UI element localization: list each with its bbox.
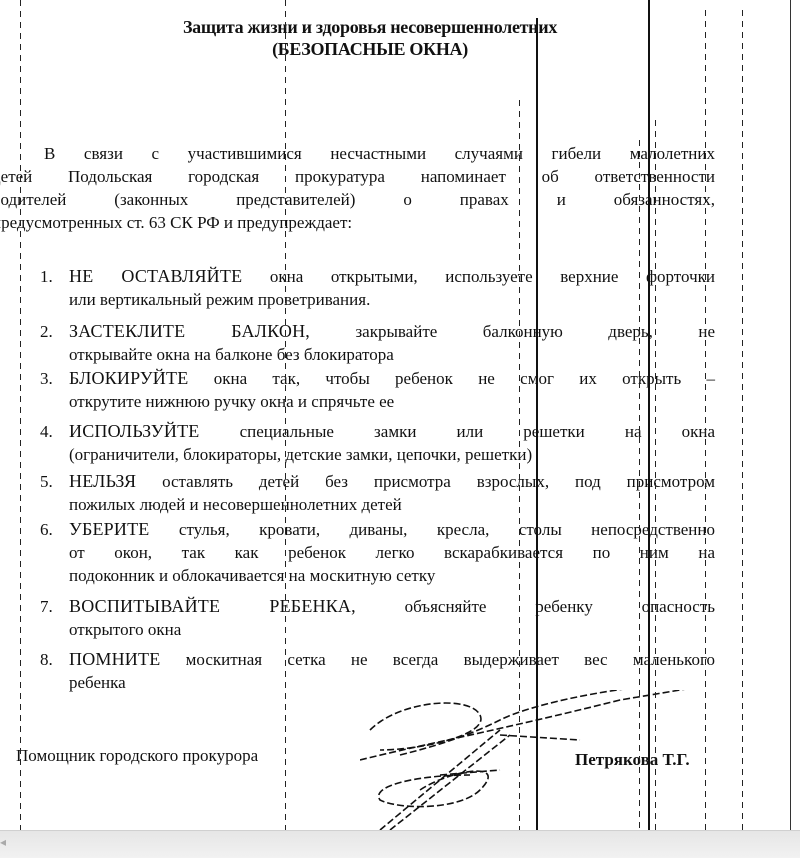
rule-item: 4.ИСПОЛЬЗУЙТЕ специальные замки или реше… [40,420,715,466]
rule-text: ПОМНИТЕ москитная сетка не всегда выдерж… [69,648,715,694]
rule-line: (ограничители, блокираторы, детские замк… [69,443,715,466]
scan-artifact-line [655,120,656,830]
rule-number: 8. [40,648,66,671]
document-subtitle: (БЕЗОПАСНЫЕ ОКНА) [0,38,740,60]
rule-number: 5. [40,470,66,493]
rule-text: УБЕРИТЕ стулья, кровати, диваны, кресла,… [69,518,715,587]
rule-number: 1. [40,265,66,288]
rule-line: УБЕРИТЕ стулья, кровати, диваны, кресла,… [69,518,715,541]
rule-number: 4. [40,420,66,443]
scroll-left-icon[interactable]: ◂ [0,835,6,849]
rule-text: БЛОКИРУЙТЕ окна так, чтобы ребенок не см… [69,367,715,413]
rule-item: 1.НЕ ОСТАВЛЯЙТЕ окна открытыми, использу… [40,265,715,311]
document-title: Защита жизни и здоровья несовершеннолетн… [0,16,740,38]
rule-line: НЕ ОСТАВЛЯЙТЕ окна открытыми, использует… [69,265,715,288]
rule-line-text: стулья, кровати, диваны, кресла, столы н… [179,520,715,539]
rule-line: ИСПОЛЬЗУЙТЕ специальные замки или решетк… [69,420,715,443]
rule-item: 8.ПОМНИТЕ москитная сетка не всегда выде… [40,648,715,694]
rule-line: БЛОКИРУЙТЕ окна так, чтобы ребенок не см… [69,367,715,390]
intro-paragraph: В связи с участившимися несчастными случ… [18,142,715,234]
rule-item: 2.ЗАСТЕКЛИТЕ БАЛКОН, закрывайте балконну… [40,320,715,366]
signer-position: Помощник городского прокурора [16,746,258,766]
scan-artifact-line [648,0,650,832]
rule-keyword: НЕЛЬЗЯ [69,471,136,491]
rule-number: 2. [40,320,66,343]
scan-artifact-line [20,0,21,830]
scan-artifact-line [705,10,706,830]
rule-item: 7.ВОСПИТЫВАЙТЕ РЕБЕНКА, объясняйте ребен… [40,595,715,641]
rule-item: 3.БЛОКИРУЙТЕ окна так, чтобы ребенок не … [40,367,715,413]
rule-item: 5.НЕЛЬЗЯ оставлять детей без присмотра в… [40,470,715,516]
rule-number: 7. [40,595,66,618]
rule-item: 6.УБЕРИТЕ стулья, кровати, диваны, кресл… [40,518,715,587]
intro-line: предусмотренных ст. 63 СК РФ и предупреж… [18,211,715,234]
rule-line-text: оставлять детей без присмотра взрослых, … [162,472,715,491]
scan-artifact-line [285,0,286,830]
document-page: Защита жизни и здоровья несовершеннолетн… [0,0,791,832]
rule-text: НЕЛЬЗЯ оставлять детей без присмотра взр… [69,470,715,516]
rule-text: НЕ ОСТАВЛЯЙТЕ окна открытыми, использует… [69,265,715,311]
rule-number: 6. [40,518,66,541]
scan-artifact-line [742,10,743,830]
scan-artifact-line [519,100,520,830]
rule-keyword: ИСПОЛЬЗУЙТЕ [69,421,199,441]
intro-line: В связи с участившимися несчастными случ… [18,142,715,165]
rule-line-text: объясняйте ребенку опасность [405,597,715,616]
intro-line: детей Подольская городская прокуратура н… [18,165,715,188]
rule-keyword: БЛОКИРУЙТЕ [69,368,188,388]
signer-name: Петрякова Т.Г. [575,750,690,770]
scan-artifact-line [639,140,640,830]
horizontal-scrollbar[interactable]: ◂ [0,830,800,858]
rule-line: подоконник и облокачивается на москитную… [69,564,715,587]
rule-keyword: ВОСПИТЫВАЙТЕ РЕБЕНКА, [69,596,356,616]
rule-keyword: ПОМНИТЕ [69,649,160,669]
rule-line: открытого окна [69,618,715,641]
rule-line: ЗАСТЕКЛИТЕ БАЛКОН, закрывайте балконную … [69,320,715,343]
rule-keyword: НЕ ОСТАВЛЯЙТЕ [69,266,242,286]
intro-line: родителей (законных представителей) о пр… [18,188,715,211]
rule-keyword: УБЕРИТЕ [69,519,149,539]
rule-line: или вертикальный режим проветривания. [69,288,715,311]
rule-number: 3. [40,367,66,390]
rule-line: НЕЛЬЗЯ оставлять детей без присмотра взр… [69,470,715,493]
rule-line: от окон, так как ребенок легко вскарабки… [69,541,715,564]
rule-line: ПОМНИТЕ москитная сетка не всегда выдерж… [69,648,715,671]
rule-text: ВОСПИТЫВАЙТЕ РЕБЕНКА, объясняйте ребенку… [69,595,715,641]
rule-line-text: москитная сетка не всегда выдерживает ве… [186,650,715,669]
rule-text: ИСПОЛЬЗУЙТЕ специальные замки или решетк… [69,420,715,466]
rule-line: открывайте окна на балконе без блокирато… [69,343,715,366]
rule-line-text: специальные замки или решетки на окна [240,422,715,441]
rule-keyword: ЗАСТЕКЛИТЕ БАЛКОН, [69,321,310,341]
rule-line: пожилых людей и несовершеннолетних детей [69,493,715,516]
rule-line: ВОСПИТЫВАЙТЕ РЕБЕНКА, объясняйте ребенку… [69,595,715,618]
rule-line: открутите нижнюю ручку окна и спрячьте е… [69,390,715,413]
rule-text: ЗАСТЕКЛИТЕ БАЛКОН, закрывайте балконную … [69,320,715,366]
scan-artifact-line [536,18,538,833]
